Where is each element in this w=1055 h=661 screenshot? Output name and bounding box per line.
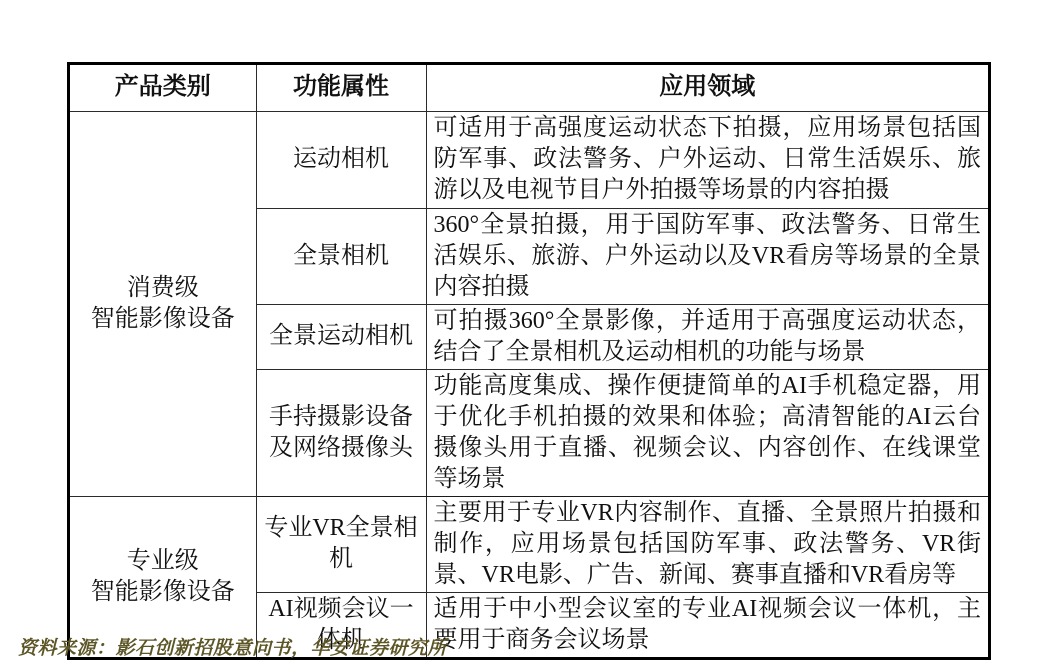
attr-pro-vr-camera: 专业VR全景相 机	[256, 496, 426, 592]
report-page: 产品类别 功能属性 应用领域 消费级 智能影像设备 运动相机 可适用于高强度运动…	[0, 0, 1055, 661]
table-row: 专业级 智能影像设备 专业VR全景相 机 主要用于专业VR内容制作、直播、全景照…	[69, 496, 989, 592]
app-panoramic-action-camera: 可拍摄360°全景影像，并适用于高强度运动状态，结合了全景相机及运动相机的功能与…	[426, 304, 989, 369]
table-header-row: 产品类别 功能属性 应用领域	[69, 64, 989, 111]
app-ai-video-conference: 适用于中小型会议室的专业AI视频会议一体机，主要用于商务会议场景	[426, 592, 989, 658]
attr-panoramic-camera: 全景相机	[256, 208, 426, 304]
app-pro-vr-camera: 主要用于专业VR内容制作、直播、全景照片拍摄和制作，应用场景包括国防军事、政法警…	[426, 496, 989, 592]
attr-panoramic-action-camera: 全景运动相机	[256, 304, 426, 369]
attr-handheld-webcam: 手持摄影设备 及网络摄像头	[256, 369, 426, 496]
app-action-camera: 可适用于高强度运动状态下拍摄，应用场景包括国防军事、政法警务、户外运动、日常生活…	[426, 111, 989, 208]
category-consumer-devices: 消费级 智能影像设备	[69, 111, 256, 496]
header-function-attribute: 功能属性	[256, 64, 426, 111]
app-panoramic-camera: 360°全景拍摄，用于国防军事、政法警务、日常生活娱乐、旅游、户外运动以及VR看…	[426, 208, 989, 304]
header-product-category: 产品类别	[69, 64, 256, 111]
app-handheld-webcam: 功能高度集成、操作便捷简单的AI手机稳定器，用于优化手机拍摄的效果和体验；高清智…	[426, 369, 989, 496]
header-application-field: 应用领域	[426, 64, 989, 111]
product-category-table: 产品类别 功能属性 应用领域 消费级 智能影像设备 运动相机 可适用于高强度运动…	[68, 63, 990, 659]
table-row: 消费级 智能影像设备 运动相机 可适用于高强度运动状态下拍摄，应用场景包括国防军…	[69, 111, 989, 208]
attr-action-camera: 运动相机	[256, 111, 426, 208]
data-source-note: 资料来源：影石创新招股意向书，华安证券研究所	[18, 633, 447, 660]
